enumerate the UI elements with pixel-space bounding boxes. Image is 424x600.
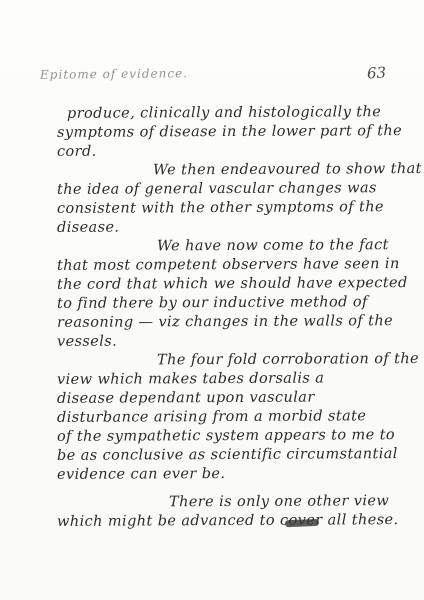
running-header: Epitome of evidence. 63 xyxy=(40,64,386,82)
text-line-content: which might be advanced to cover all the… xyxy=(57,512,399,530)
text-line: the idea of general vascular changes was xyxy=(57,179,395,200)
text-line: which might be advanced to cover all the… xyxy=(57,511,395,532)
manuscript-page: Epitome of evidence. 63 produce, clinica… xyxy=(0,0,424,600)
text-line: We have now come to the fact xyxy=(57,236,395,257)
text-line: evidence can ever be. xyxy=(57,464,395,485)
paragraph: produce, clinically and histologically t… xyxy=(57,104,395,161)
paragraph: There is only one other view which might… xyxy=(57,493,395,531)
paragraph: We have now come to the fact that most c… xyxy=(57,237,395,351)
text-line: cord. xyxy=(57,141,395,162)
text-line: symptoms of disease in the lower part of… xyxy=(57,122,395,143)
text-line: We then endeavoured to show that xyxy=(57,160,395,181)
page-number: 63 xyxy=(366,64,386,83)
text-line: of the sympathetic system appears to me … xyxy=(57,426,395,447)
text-line: consistent with the other symptoms of th… xyxy=(57,198,395,219)
text-line: There is only one other view xyxy=(57,492,395,513)
text-line: be as conclusive as scientific circumsta… xyxy=(57,445,395,466)
text-line: the cord that which we should have expec… xyxy=(57,274,395,295)
text-line: reasoning — viz changes in the walls of … xyxy=(57,312,395,333)
text-line: view which makes tabes dorsalis a xyxy=(57,369,395,390)
text-line: disease dependant upon vascular xyxy=(57,388,395,409)
paragraph: The four fold corroboration of the view … xyxy=(57,351,395,484)
text-line: disturbance arising from a morbid state xyxy=(57,407,395,428)
header-title: Epitome of evidence. xyxy=(40,66,188,82)
text-line: that most competent observers have seen … xyxy=(57,255,395,276)
text-line: The four fold corroboration of the xyxy=(57,350,395,371)
text-line: produce, clinically and histologically t… xyxy=(57,103,395,124)
text-line: disease. xyxy=(57,217,395,238)
text-line: vessels. xyxy=(57,331,395,352)
ink-blot xyxy=(285,519,319,527)
paragraph: We then endeavoured to show that the ide… xyxy=(57,161,395,237)
manuscript-body: produce, clinically and histologically t… xyxy=(57,104,395,531)
text-line: to find there by our inductive method of xyxy=(57,293,395,314)
